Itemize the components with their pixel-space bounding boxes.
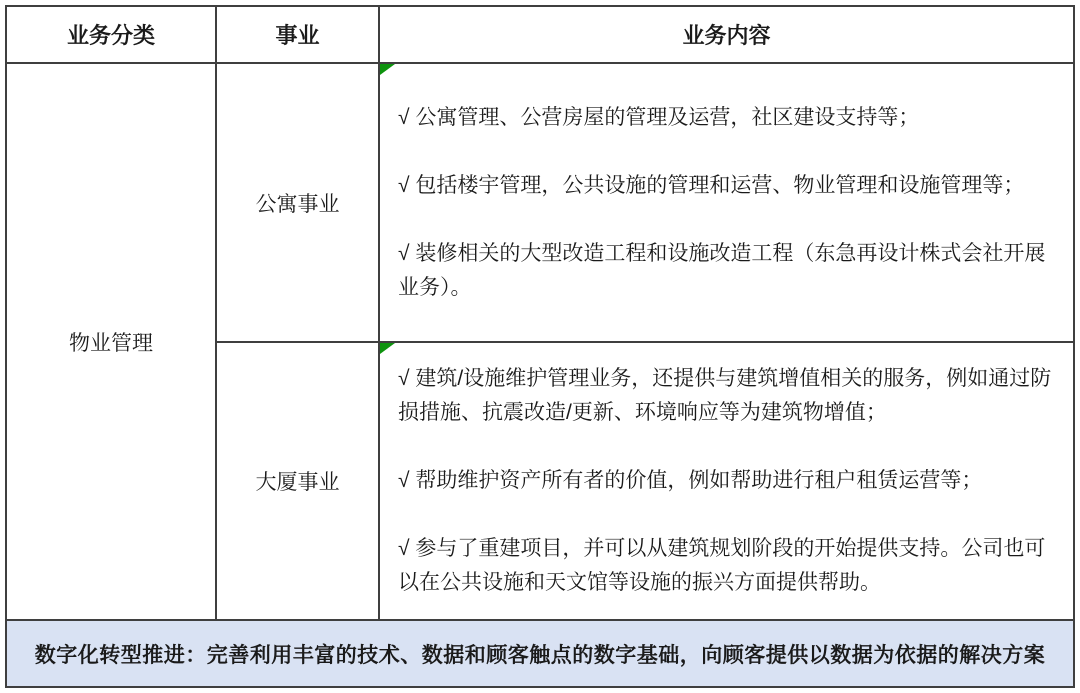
green-corner-triangle-icon bbox=[380, 64, 395, 75]
header-business-category: 业务分类 bbox=[7, 7, 217, 64]
content-item: √ 建筑/设施维护管理业务，还提供与建筑增值相关的服务，例如通过防损措施、抗震改… bbox=[398, 362, 1053, 430]
header-business: 事业 bbox=[217, 7, 380, 64]
cell-business-apartment: 公寓事业 bbox=[217, 64, 380, 343]
cell-category-property-management: 物业管理 bbox=[7, 64, 217, 619]
cell-content-apartment: √ 公寓管理、公营房屋的管理及运营，社区建设支持等； √ 包括楼宇管理，公共设施… bbox=[380, 64, 1073, 343]
cell-business-building: 大厦事业 bbox=[217, 343, 380, 619]
content-item: √ 公寓管理、公营房屋的管理及运营，社区建设支持等； bbox=[398, 101, 1053, 135]
content-item: √ 装修相关的大型改造工程和设施改造工程（东急再设计株式会社开展业务）。 bbox=[398, 237, 1053, 305]
footer-digital-transformation-banner: 数字化转型推进：完善利用丰富的技术、数据和顾客触点的数字基础，向顾客提供以数据为… bbox=[7, 619, 1073, 686]
business-overview-table: 业务分类 事业 业务内容 物业管理 公寓事业 √ 公寓管理、公营房屋的管理及运营… bbox=[5, 5, 1075, 688]
content-item: √ 帮助维护资产所有者的价值，例如帮助进行租户租赁运营等； bbox=[398, 464, 1053, 498]
header-business-content: 业务内容 bbox=[380, 7, 1073, 64]
cell-content-building: √ 建筑/设施维护管理业务，还提供与建筑增值相关的服务，例如通过防损措施、抗震改… bbox=[380, 343, 1073, 619]
green-corner-triangle-icon bbox=[380, 343, 395, 354]
content-item: √ 包括楼宇管理，公共设施的管理和运营、物业管理和设施管理等； bbox=[398, 169, 1053, 203]
page: 业务分类 事业 业务内容 物业管理 公寓事业 √ 公寓管理、公营房屋的管理及运营… bbox=[0, 0, 1080, 693]
content-item: √ 参与了重建项目，并可以从建筑规划阶段的开始提供支持。公司也可以在公共设施和天… bbox=[398, 532, 1053, 600]
